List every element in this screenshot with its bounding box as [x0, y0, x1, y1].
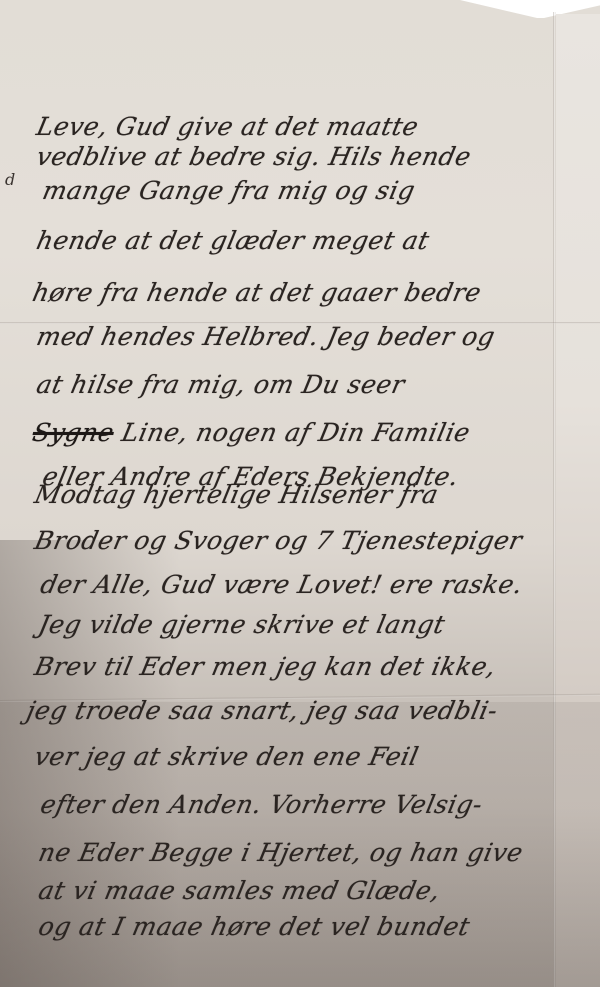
letter-line-19: at vi maae samles med Glæde, [36, 876, 443, 905]
letter-line-13: Jeg vilde gjerne skrive et langt [36, 610, 448, 639]
letter-line-12: der Alle, Gud være Lovet! ere raske. [38, 570, 526, 599]
letter-line-3: mange Gange fra mig og sig [40, 176, 418, 205]
letter-line-6: med hendes Helbred. Jeg beder og [34, 322, 498, 351]
letter-line-15: jeg troede saa snart, jeg saa vedbli- [24, 696, 501, 725]
letter-line-20: og at I maae høre det vel bundet [36, 912, 473, 941]
letter-line-1: Leve, Gud give at det maatte [34, 112, 421, 141]
letter-line-10: Modtag hjertelige Hilsener fra [32, 480, 441, 509]
letter-page: d Leve, Gud give at det maatte vedblive … [0, 0, 600, 987]
letter-line-2: vedblive at bedre sig. Hils hende [34, 142, 474, 171]
letter-line-16: ver jeg at skrive den ene Feil [32, 742, 421, 771]
struck-word: Sygne [30, 418, 117, 447]
letter-line-8-text: Line, nogen af Din Familie [119, 418, 473, 447]
letter-line-11: Broder og Svoger og 7 Tjenestepiger [32, 526, 525, 555]
letter-line-7: at hilse fra mig, om Du seer [34, 370, 408, 399]
letter-line-17: efter den Anden. Vorherre Velsig- [38, 790, 485, 819]
letter-line-14: Brev til Eder men jeg kan det ikke, [32, 652, 499, 681]
letter-line-4: hende at det glæder meget at [34, 226, 432, 255]
letter-line-8: Sygne Line, nogen af Din Familie [30, 418, 473, 447]
margin-mark: d [5, 170, 15, 189]
letter-line-18: ne Eder Begge i Hjertet, og han give [36, 838, 526, 867]
letter-line-5: høre fra hende at det gaaer bedre [30, 278, 484, 307]
